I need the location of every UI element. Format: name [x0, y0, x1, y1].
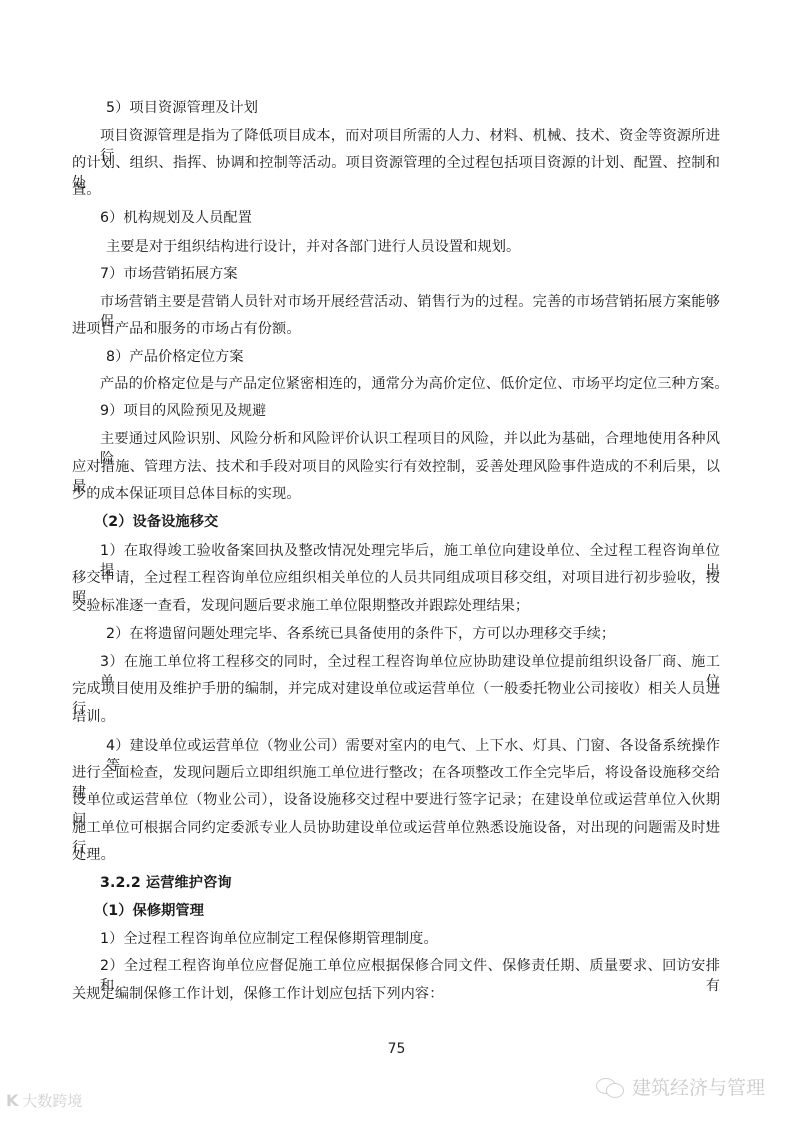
- text-line: 8）产品价格定位方案: [106, 347, 766, 367]
- wechat-watermark: 建筑经济与管理: [596, 1073, 765, 1100]
- text-line: 处理。: [72, 845, 732, 865]
- text-line: 2）在将遗留问题处理完毕、各系统已具备使用的条件下，方可以办理移交手续；: [106, 624, 766, 644]
- section-heading: （1）保修期管理: [94, 901, 754, 921]
- document-page: 5）项目资源管理及计划项目资源管理是指为了降低项目成本，而对项目所需的人力、材料…: [0, 0, 793, 1122]
- section-heading: （2）设备设施移交: [94, 512, 754, 532]
- wechat-icon: [596, 1076, 626, 1098]
- text-line: 主要是对于组织结构进行设计，并对各部门进行人员设置和规划。: [106, 237, 766, 257]
- text-line: 9）项目的风险预见及规避: [100, 401, 760, 421]
- text-line: 7）市场营销拓展方案: [100, 264, 760, 284]
- text-line: 5）项目资源管理及计划: [106, 98, 766, 118]
- text-line: 产品的价格定位是与产品定位紧密相连的，通常分为高价定位、低价定位、市场平均定位三…: [100, 374, 760, 394]
- text-line: 进项目产品和服务的市场占有份额。: [72, 319, 732, 339]
- corner-watermark: K 大数跨境: [6, 1090, 82, 1111]
- brand-logo-icon: K: [6, 1091, 18, 1110]
- page-number: 75: [0, 1041, 793, 1057]
- watermark-account-name: 建筑经济与管理: [632, 1073, 765, 1100]
- text-line: 培训。: [72, 707, 732, 727]
- text-line: 置。: [72, 180, 732, 200]
- section-heading: 3.2.2 运营维护咨询: [100, 873, 760, 893]
- text-line: 关规定编制保修工作计划，保修工作计划应包括下列内容：: [72, 984, 732, 1004]
- watermark-brand-name: 大数跨境: [22, 1090, 82, 1111]
- text-line: 6）机构规划及人员配置: [100, 208, 760, 228]
- text-line: 交验标准逐一查看，发现问题后要求施工单位限期整改并跟踪处理结果；: [72, 596, 732, 616]
- text-line: 1）全过程工程咨询单位应制定工程保修期管理制度。: [100, 929, 760, 949]
- text-line: 少的成本保证项目总体目标的实现。: [72, 484, 732, 504]
